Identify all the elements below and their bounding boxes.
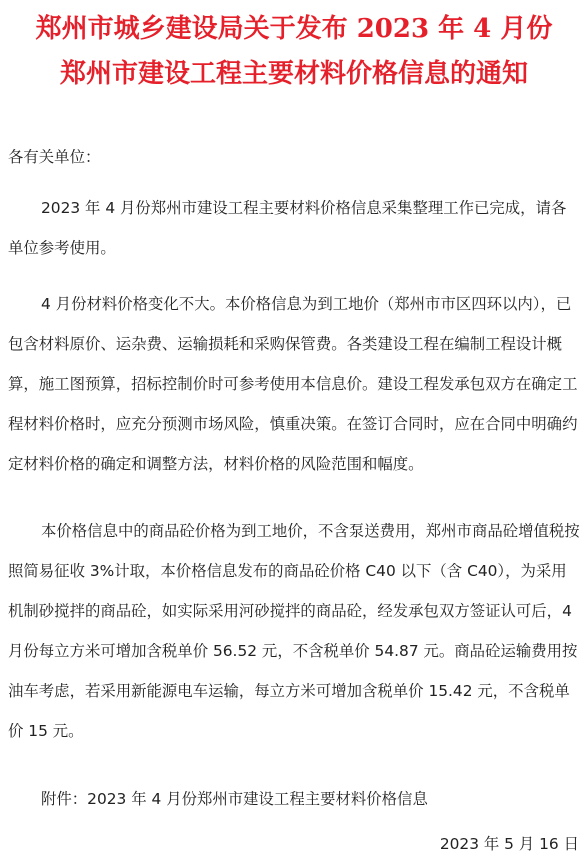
paragraph-concrete-pricing: 本价格信息中的商品砼价格为到工地价，不含泵送费用，郑州市商品砼增值税按照简易征收…: [8, 511, 580, 751]
paragraph-completion-notice: 2023 年 4 月份郑州市建设工程主要材料价格信息采集整理工作已完成，请各单位…: [8, 188, 580, 268]
document-title-line-2: 郑州市建设工程主要材料价格信息的通知: [0, 53, 588, 90]
salutation: 各有关单位：: [8, 137, 580, 177]
document-title-line-1: 郑州市城乡建设局关于发布 2023 年 4 月份: [0, 8, 588, 45]
attachment-line: 附件：2023 年 4 月份郑州市建设工程主要材料价格信息: [41, 779, 588, 819]
document-date: 2023 年 5 月 16 日: [440, 824, 579, 862]
paragraph-price-scope: 4 月份材料价格变化不大。本价格信息为到工地价（郑州市市区四环以内），已包含材料…: [8, 284, 580, 484]
